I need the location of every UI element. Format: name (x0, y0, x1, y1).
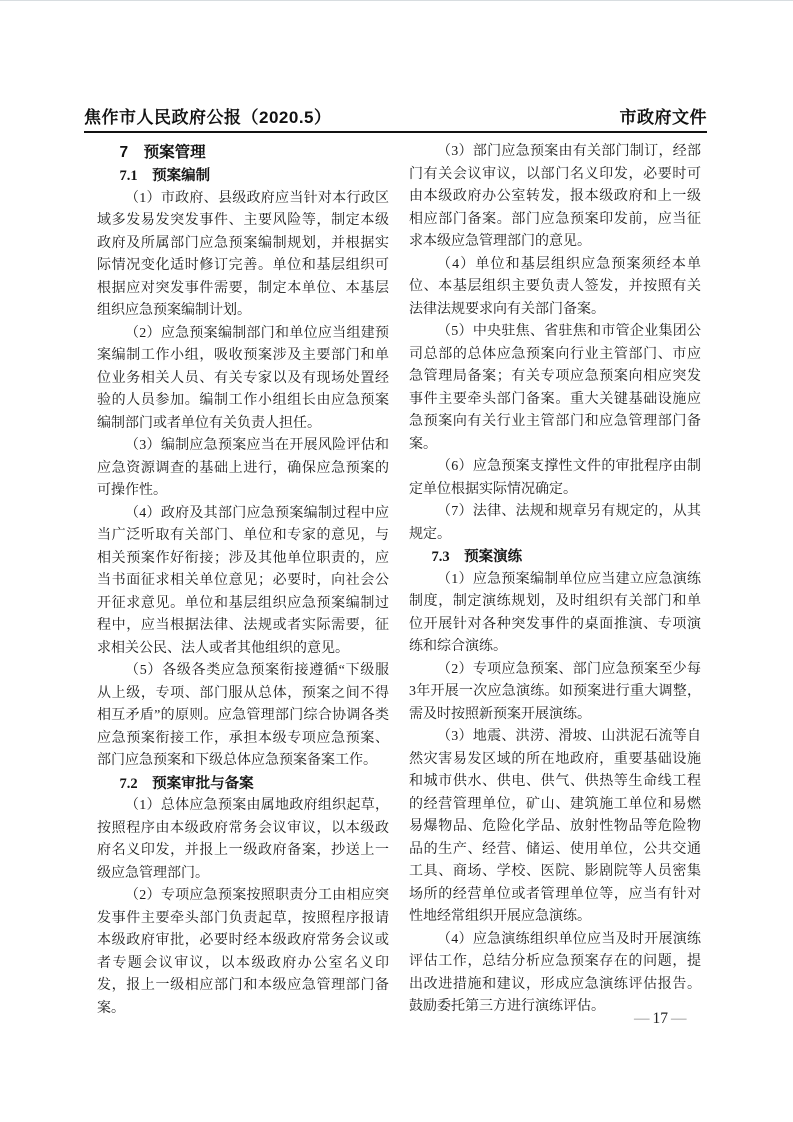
paragraph: （2）专项应急预案、部门应急预案至少每3年开展一次应急演练。如预案进行重大调整，… (409, 659, 701, 727)
paragraph: （3）部门应急预案由有关部门制订，经部门有关会议审议，以部门名义印发，必要时可由… (409, 141, 701, 254)
page-number-dash-left: — (631, 1010, 653, 1027)
header-gazette-title: 焦作市人民政府公报（2020.5） (84, 103, 332, 128)
document-page: 焦作市人民政府公报（2020.5） 市政府文件 7 预案管理7.1 预案编制（1… (0, 0, 793, 1122)
section-heading: 7.2 预案审批与备案 (97, 773, 389, 796)
two-column-body: 7 预案管理7.1 预案编制（1）市政府、县级政府应当针对本行政区域多发易发突发… (97, 141, 701, 1020)
paragraph: （5）各级各类应急预案衔接遵循“下级服从上级，专项、部门服从总体，预案之间不得相… (97, 660, 389, 773)
right-column: （3）部门应急预案由有关部门制订，经部门有关会议审议，以部门名义印发，必要时可由… (409, 141, 701, 1020)
paragraph: （1）应急预案编制单位应当建立应急演练制度，制定演练规划，及时组织有关部门和单位… (409, 569, 701, 659)
paragraph: （7）法律、法规和规章另有规定的，从其规定。 (409, 501, 701, 546)
paragraph: （1）市政府、县级政府应当针对本行政区域多发易发突发事件、主要风险等，制定本级政… (97, 188, 389, 323)
page-header: 焦作市人民政府公报（2020.5） 市政府文件 (84, 103, 707, 128)
paragraph: （1）总体应急预案由属地政府组织起草，按照程序由本级政府常务会议审议，以本级政府… (97, 795, 389, 885)
section-heading: 7.1 预案编制 (97, 165, 389, 188)
paragraph: （3）地震、洪涝、滑坡、山洪泥石流等自然灾害易发区域的所在地政府，重要基础设施和… (409, 726, 701, 929)
page-number-value: 17 (653, 1010, 669, 1027)
paragraph: （4）单位和基层组织应急预案须经本单位、本基层组织主要负责人签发，并按照有关法律… (409, 254, 701, 322)
paragraph: （2）专项应急预案按照职责分工由相应突发事件主要牵头部门负责起草，按照程序报请本… (97, 885, 389, 1020)
header-section-label: 市政府文件 (620, 103, 708, 128)
paragraph: （6）应急预案支撑性文件的审批程序由制定单位根据实际情况确定。 (409, 456, 701, 501)
page-number-dash-right: — (668, 1010, 690, 1027)
section-heading: 7.3 预案演练 (409, 546, 701, 569)
paragraph: （2）应急预案编制部门和单位应当组建预案编制工作小组，吸收预案涉及主要部门和单位… (97, 323, 389, 436)
section-heading: 7 预案管理 (97, 141, 389, 165)
paragraph: （3）编制应急预案应当在开展风险评估和应急资源调查的基础上进行，确保应急预案的可… (97, 435, 389, 503)
left-column: 7 预案管理7.1 预案编制（1）市政府、县级政府应当针对本行政区域多发易发突发… (97, 141, 389, 1020)
paragraph: （5）中央驻焦、省驻焦和市管企业集团公司总部的总体应急预案向行业主管部门、市应急… (409, 321, 701, 456)
header-divider (84, 131, 707, 133)
paragraph: （4）政府及其部门应急预案编制过程中应当广泛听取有关部门、单位和专家的意见，与相… (97, 503, 389, 661)
paragraph: （4）应急演练组织单位应当及时开展演练评估工作，总结分析应急预案存在的问题，提出… (409, 929, 701, 1019)
page-number: —17— (631, 1008, 690, 1030)
